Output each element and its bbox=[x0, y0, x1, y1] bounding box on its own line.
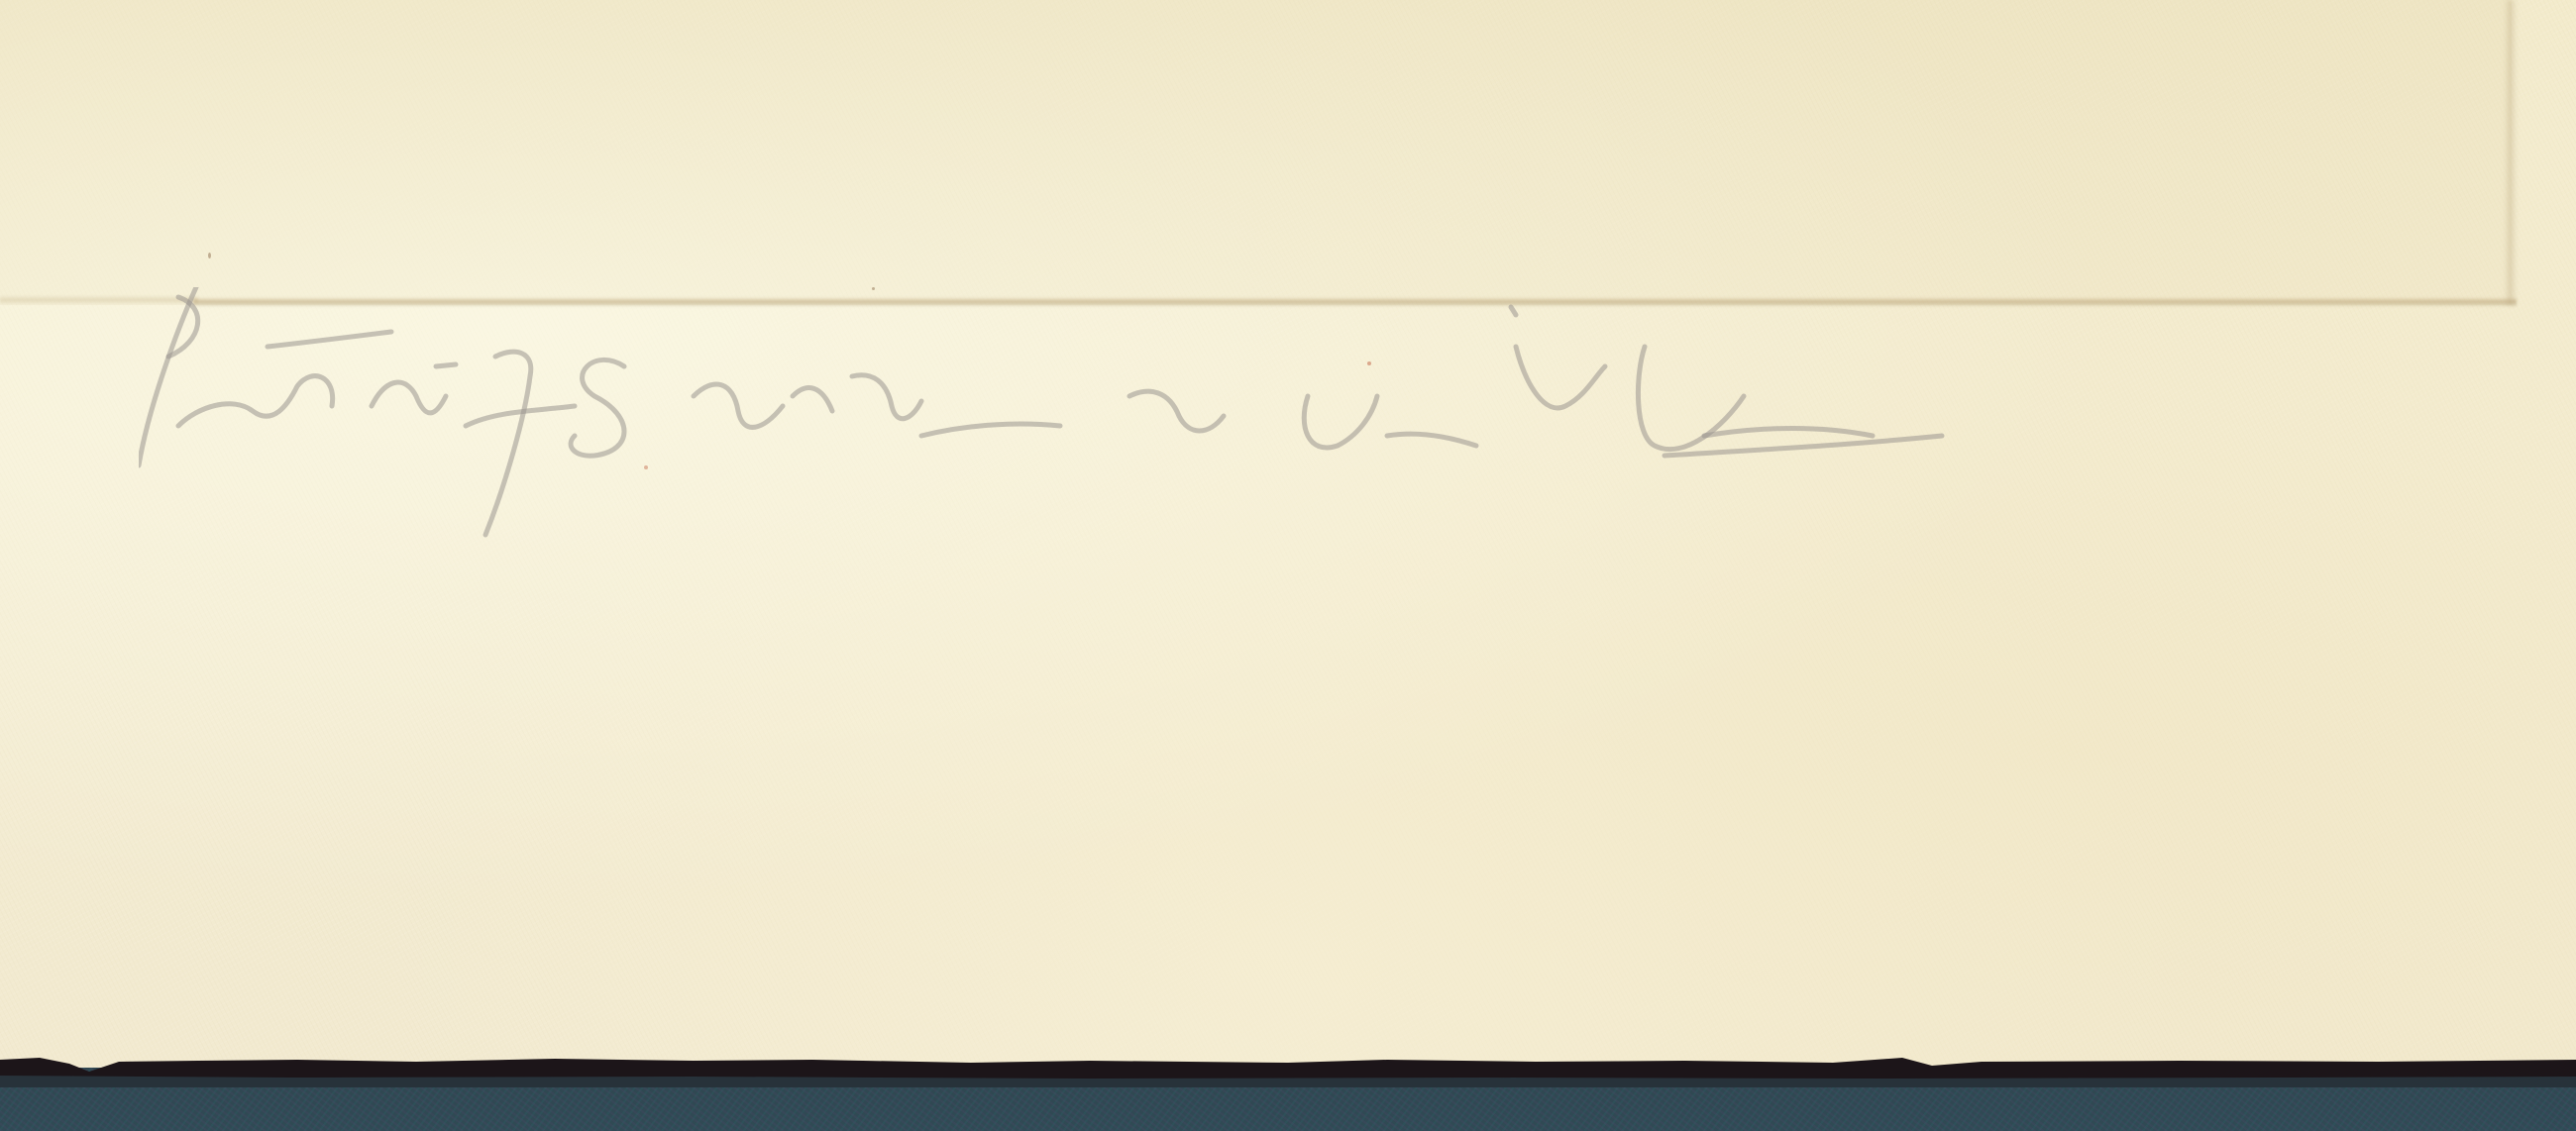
photo-scene bbox=[0, 0, 2576, 1131]
plate-impression-area bbox=[0, 0, 2512, 305]
pencil-signature bbox=[139, 287, 2318, 545]
plate-mark-vertical bbox=[2505, 0, 2517, 305]
paper-speck bbox=[872, 287, 875, 290]
paper-speck bbox=[644, 465, 648, 469]
paper-speck bbox=[208, 253, 211, 258]
paper-speck bbox=[1367, 361, 1371, 365]
deckled-edge bbox=[0, 1054, 2576, 1087]
paper-sheet bbox=[0, 0, 2576, 1068]
